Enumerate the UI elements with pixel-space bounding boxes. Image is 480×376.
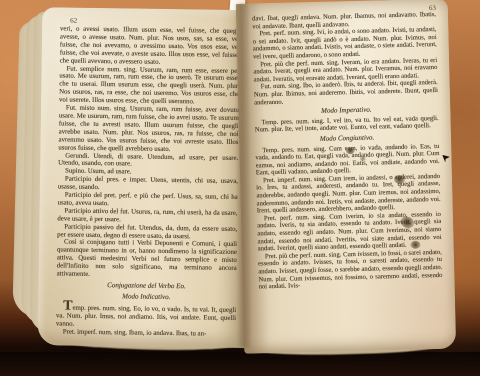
open-book: 62 veri, o avessi usato. Illum usum esse… [7, 0, 466, 362]
paragraph: Pret. perf. num. sing. Ivi, io andai, o … [252, 26, 437, 61]
page-number-left: 62 [70, 17, 77, 25]
paragraph: Così si conjugano tutti i Verbi Deponent… [57, 239, 238, 281]
right-page-text: davi. Ibat, quegli andava. Num. plur. Ib… [252, 11, 444, 345]
paragraph: Pret. più che perf. num. sing. Cum iviss… [258, 249, 443, 291]
right-page: 63 davi. Ibat, quegli andava. Num. plur.… [236, 0, 456, 354]
paragraph: Fut. semplice num. sing. Usurum, ram, ru… [59, 65, 240, 107]
ink-stain [394, 175, 405, 184]
wooden-table-background: 62 veri, o avessi usato. Illum usum esse… [0, 0, 480, 376]
ink-stain [346, 147, 355, 154]
ink-stain [410, 241, 420, 249]
paragraph: Temp. pres. num. sing. Eo, io vo, o vado… [56, 302, 236, 330]
left-page: 62 veri, o avessi usato. Illum usum esse… [38, 7, 251, 348]
paragraph: Temp. pres. num. sing. I, vel ito, va tu… [255, 115, 439, 135]
left-page-text: veri, o avessi usato. Illum usum esse, v… [56, 25, 240, 341]
paragraph: Pret. imperf. num. sing. Cum irem, io an… [256, 173, 441, 215]
book-gutter-shadow [235, 4, 251, 348]
paragraph: Fut. misto num. sing. Usurum, ram, rum f… [58, 105, 239, 155]
section-heading-conjugation: Conjugazione del Verbo Eo. [56, 281, 236, 291]
paragraph: veri, o avessi usato. Illum usum esse, v… [60, 25, 241, 67]
section-heading-indicative: Modo Indicativo. [56, 292, 236, 302]
ink-stain [360, 156, 366, 161]
paragraph: Fut. num. sing. Ibo, io anderò. Ibis, tu… [254, 79, 439, 106]
paragraph: Pret. imperf. num. sing. Ibam, io andava… [56, 328, 236, 338]
